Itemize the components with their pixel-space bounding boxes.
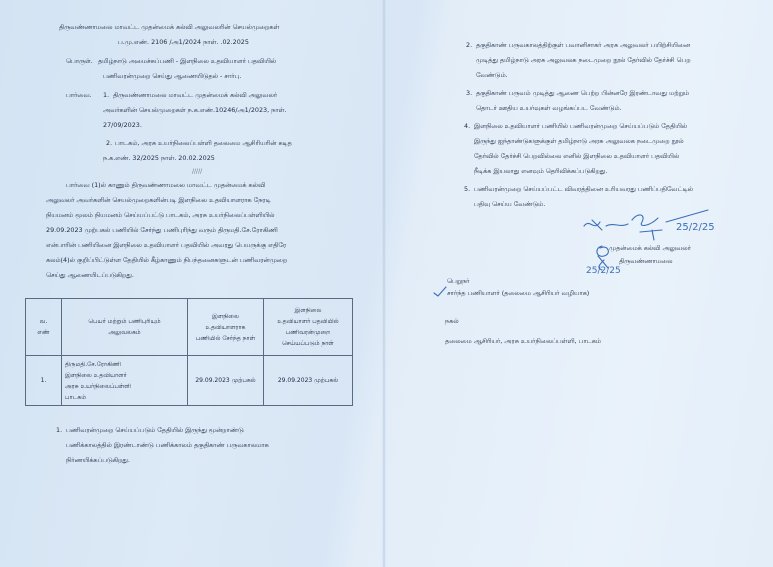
tick-mark-icon [433,285,447,297]
subject-label: பொருள். [66,56,93,66]
condition-line: தகுதிகாண் பருவகாலத்திற்குள் பவானிசாகர் அ… [476,40,690,50]
reference-1-num: 1. [103,90,109,100]
appointment-table: வ. எண் பெயர் மற்றும் பணிபுரியும் அலுவலகம… [25,298,353,406]
subject-line-2: பணிவரன்முறை செய்து ஆணையிடுதல் - சார்பு. [103,71,241,81]
condition-num: 5. [464,184,470,194]
recipient: சார்ந்த பணியாளர் (தலைமை ஆசிரியர் வழியாக) [447,288,589,298]
condition-line: பணிவரன்முறை செய்யப்படும் தேதியில் இருந்த… [66,425,244,435]
condition-line: இருந்து ஐந்தாண்டுகளுக்குள் தமிழ்நாடு அரச… [474,136,684,146]
reference-2-line-2: ந.க.எண். 32/2025 நாள். 20.02.2025 [103,153,215,163]
reference-1-line-1: திருவண்ணாமலை மாவட்ட முதன்மைக் கல்வி அலுவ… [113,90,277,100]
signatory-title: முதன்மைக் கல்வி அலுவலர் [609,243,691,253]
condition-line: பணிவரன்முறை செய்யப்பட்ட விவரத்தினை உரியவ… [474,184,693,194]
left-page: திருவண்ணாமலை மாவட்ட முதன்மைக் கல்வி அலுவ… [0,0,384,567]
body-line: 29.09.2023 முற்பகல் பணியில் சேர்ந்து பணி… [46,225,278,235]
body-line: என்பாரின் பணியினை இளநிலை உதவியாளர் பதவிய… [46,240,286,250]
subject-line-1: தமிழ்நாடு அமைச்சுப்பணி - இளநிலை உதவியாளர… [98,56,330,66]
body-line: நியமனம் மூலம் நியமனம் செய்யப்பட்டு பாடகம… [46,210,274,220]
reference-1-line-3: 27/09/2023. [103,120,142,130]
body-line: அலுவலர் அவர்களின் செயல்முறைகளின்படி இளநி… [46,195,271,205]
condition-line: நீடிக்க இயலாது எனவும் தெரிவிக்கப்படுகிறத… [474,166,607,176]
condition-line: வேண்டும். [476,70,508,80]
condition-num: 4. [464,121,470,131]
reference-2-num: 2. [106,138,112,148]
signature-date: 25/2/25 [676,222,715,233]
condition-line: பதிவு செய்ய வேண்டும். [474,199,545,209]
header-serial: வ. எண் [26,299,62,356]
body-line: கலம்(4)ல் குறிப்பிட்டுள்ள தேதியில் கீழ்க… [46,255,287,265]
reference-number: ப.மு.எண். 2106 /அ1/2024 நாள். .02.2025 [118,37,249,47]
condition-line: தேர்வில் தேர்ச்சி பெறவில்லை எனில் இளநிலை… [474,151,679,161]
cell-regularised-date: 29.09.2023 முற்பகல் [264,356,353,406]
separator: ///// [192,167,202,177]
header-title: திருவண்ணாமலை மாவட்ட முதன்மைக் கல்வி அலுவ… [59,22,279,32]
condition-line: தொடர் ஊதிய உயர்வுகள் வழங்கப்பட வேண்டும். [476,103,622,113]
body-line: பார்வை (1)ல் காணும் திருவண்ணாமலை மாவட்ட … [66,180,265,190]
reference-2-line-1: பாடகம், அரசு உயர்நிலைப்பள்ளி தலைமை ஆசிரி… [115,138,292,148]
table-header-row: வ. எண் பெயர் மற்றும் பணிபுரியும் அலுவலகம… [26,299,353,356]
condition-num: 3. [466,88,472,98]
initials-date: 25/2/25 [586,266,621,276]
header-regularised-date: இளநிலை உதவியாளர் பதவியில் பணிவரன்முறை செ… [264,299,353,356]
signatory-place: திருவண்ணாமலை [619,256,672,266]
table-row: 1. திருமதி.சே.ரோகிணி இளநிலை உதவியாளர் அர… [26,356,353,406]
condition-num: 2. [466,40,472,50]
condition-line: நிர்ணயிக்கப்படுகிறது. [66,455,130,465]
reference-1-line-2: அவர்களின் செயல்முறைகள் ந.க.எண்.10246/அ1/… [103,105,286,115]
header-joined-date: இளநிலை உதவியாளராக பணியில் சேர்ந்த நாள் [188,299,264,356]
copy-label: நகல் [445,316,459,326]
cell-joined-date: 29.09.2023 முற்பகல் [188,356,264,406]
condition-line: முடித்து தமிழ்நாடு அரசு அலுவலக நடைமுறை ந… [476,55,691,65]
condition-line: இளநிலை உதவியாளர் பணியில் பணிவரன்முறை செய… [474,121,687,131]
cell-name-office: திருமதி.சே.ரோகிணி இளநிலை உதவியாளர் அரசு … [62,356,188,406]
body-line: செய்து ஆணையிடப்படுகிறது. [46,270,134,280]
reference-label: பார்வை. [66,90,92,100]
copy-to: தலைமை ஆசிரியர், அரசு உயர்நிலைப்பள்ளி, பா… [445,336,601,346]
condition-line: பணிக்காலத்தில் இரண்டாண்டு பணிக்காலம் தகு… [66,440,269,450]
right-page: 2. தகுதிகாண் பருவகாலத்திற்குள் பவானிசாகர… [384,0,773,567]
cell-serial: 1. [26,356,62,406]
header-name-office: பெயர் மற்றும் பணிபுரியும் அலுவலகம் [62,299,188,356]
recipient-label: பெறுநர் [447,276,470,286]
condition-line: தகுதிகாண் பருவம் முடித்து ஆணை பெற்ற பின்… [476,88,689,98]
condition-num: 1. [56,425,62,435]
